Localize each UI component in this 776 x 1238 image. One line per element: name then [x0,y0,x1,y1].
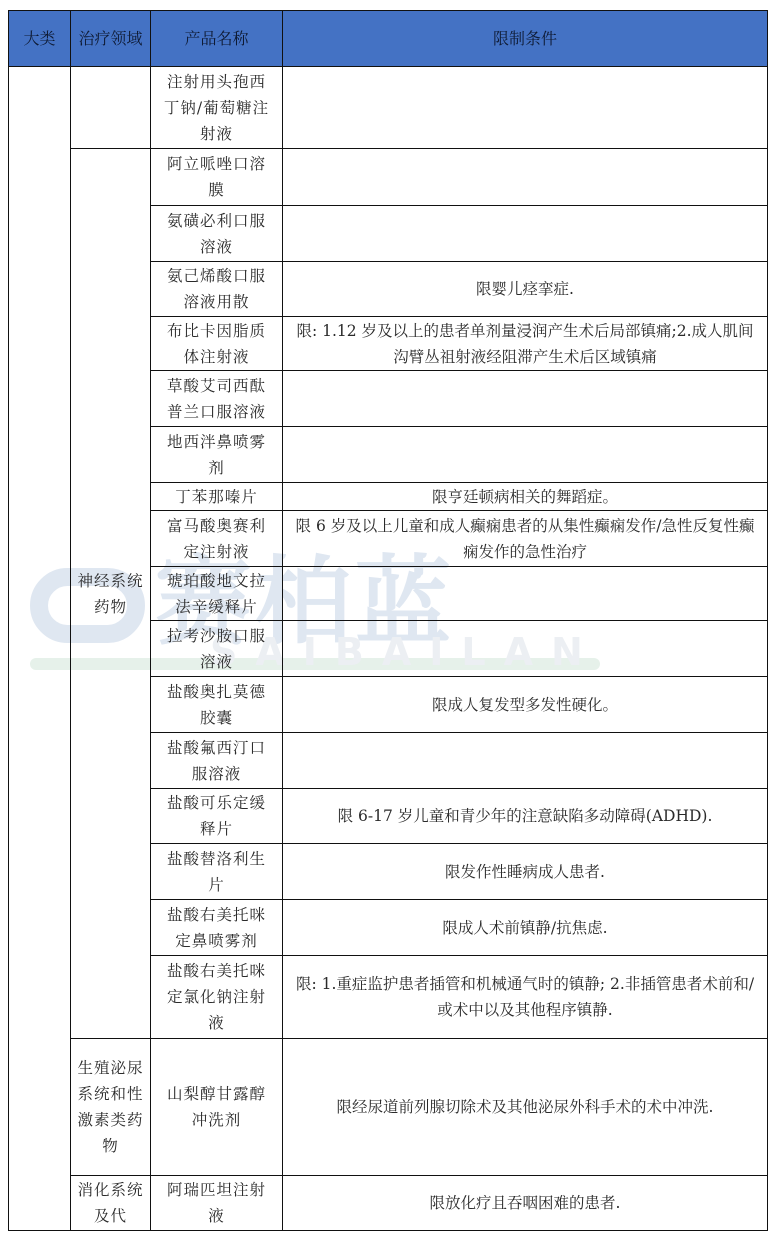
product-name-cell: 盐酸可乐定缓释片 [151,789,283,844]
product-name-cell: 盐酸右美托咪定氯化钠注射液 [151,956,283,1039]
restriction-cell [283,206,768,262]
restriction-cell [283,67,768,149]
restriction-cell: 限 6 岁及以上儿童和成人癫痫患者的从集性癫痫发作/急性反复性癫痫发作的急性治疗 [283,511,768,567]
therapeutic-area-cell [71,67,151,149]
product-name-cell: 山梨醇甘露醇冲洗剂 [151,1039,283,1176]
product-name-cell: 地西泮鼻喷雾剂 [151,427,283,483]
restriction-cell: 限亨廷顿病相关的舞蹈症。 [283,483,768,511]
column-header-product-name: 产品名称 [151,11,283,67]
therapeutic-area-cell: 消化系统及代 [71,1176,151,1231]
table-row: 生殖泌尿系统和性激素类药物 山梨醇甘露醇冲洗剂 限经尿道前列腺切除术及其他泌尿外… [9,1039,768,1176]
product-name-cell: 富马酸奥赛利定注射液 [151,511,283,567]
restriction-cell: 限成人复发型多发性硬化。 [283,677,768,733]
restriction-cell [283,621,768,677]
restriction-cell: 限经尿道前列腺切除术及其他泌尿外科手术的术中冲洗. [283,1039,768,1176]
product-name-cell: 草酸艾司西酞普兰口服溶液 [151,371,283,427]
product-name-cell: 阿立哌唑口溶膜 [151,149,283,206]
restriction-cell: 限婴儿痉挛症. [283,262,768,317]
product-name-cell: 拉考沙胺口服溶液 [151,621,283,677]
restriction-cell [283,567,768,621]
product-name-cell: 注射用头孢西丁钠/葡萄糖注射液 [151,67,283,149]
product-name-cell: 盐酸氟西汀口服溶液 [151,733,283,789]
product-name-cell: 氨磺必利口服溶液 [151,206,283,262]
column-header-restriction: 限制条件 [283,11,768,67]
column-header-category: 大类 [9,11,71,67]
table-row: 消化系统及代 阿瑞匹坦注射液 限放化疗且吞咽困难的患者. [9,1176,768,1231]
restriction-cell: 限发作性睡病成人患者. [283,844,768,900]
restriction-cell: 限成人术前镇静/抗焦虑. [283,900,768,956]
product-name-cell: 盐酸替洛利生片 [151,844,283,900]
product-name-cell: 氨己烯酸口服溶液用散 [151,262,283,317]
drug-restriction-table: 大类 治疗领域 产品名称 限制条件 注射用头孢西丁钠/葡萄糖注射液 神经系统药物… [8,10,768,1231]
restriction-cell: 限放化疗且吞咽困难的患者. [283,1176,768,1231]
restriction-cell [283,733,768,789]
restriction-cell [283,427,768,483]
restriction-cell [283,371,768,427]
product-name-cell: 丁苯那嗪片 [151,483,283,511]
category-cell [9,67,71,1231]
table-row: 注射用头孢西丁钠/葡萄糖注射液 [9,67,768,149]
therapeutic-area-cell: 神经系统药物 [71,149,151,1039]
product-name-cell: 阿瑞匹坦注射液 [151,1176,283,1231]
table-header-row: 大类 治疗领域 产品名称 限制条件 [9,11,768,67]
product-name-cell: 琥珀酸地文拉法辛缓释片 [151,567,283,621]
restriction-cell [283,149,768,206]
product-name-cell: 盐酸奥扎莫德胶囊 [151,677,283,733]
restriction-cell: 限: 1.12 岁及以上的患者单剂量浸润产生术后局部镇痛;2.成人肌间沟臂丛祖射… [283,317,768,371]
therapeutic-area-cell: 生殖泌尿系统和性激素类药物 [71,1039,151,1176]
restriction-cell: 限: 1.重症监护患者插管和机械通气时的镇静; 2.非插管患者术前和/或术中以及… [283,956,768,1039]
product-name-cell: 布比卡因脂质体注射液 [151,317,283,371]
restriction-cell: 限 6-17 岁儿童和青少年的注意缺陷多动障碍(ADHD). [283,789,768,844]
column-header-therapeutic-area: 治疗领域 [71,11,151,67]
product-name-cell: 盐酸右美托咪定鼻喷雾剂 [151,900,283,956]
table-row: 神经系统药物 阿立哌唑口溶膜 [9,149,768,206]
